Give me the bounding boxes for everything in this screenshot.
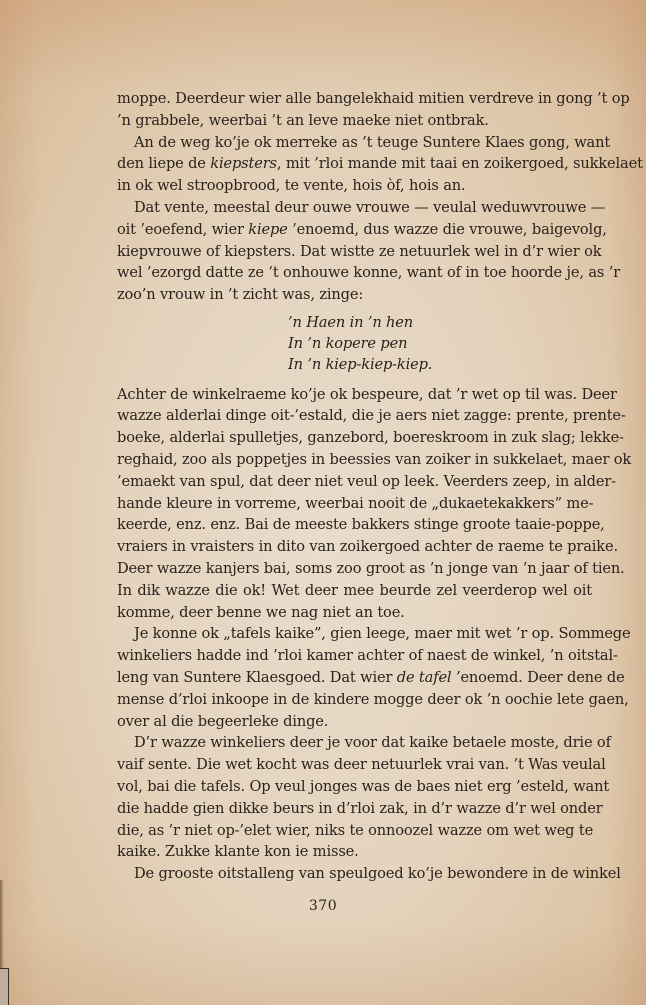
text-line: Deer wazze kanjers bai, soms zoo groot a… [117,558,592,580]
text-line: De grooste oitstalleng van speulgoed ko’… [117,863,592,885]
page-number: 370 [0,898,646,914]
verse-line: In ’n kiep-kiep-kiep. [288,354,592,375]
paragraph: Dat vente, meestal deur ouwe vrouwe — ve… [117,197,592,306]
text-line: zoo’n vrouw in ’t zicht was, zinge: [117,284,592,306]
text-line: Je konne ok „tafels kaike”, gien leege, … [117,623,592,645]
page-stack-edge [0,968,9,1005]
text-line: mense d’rloi inkoope in de kindere mogge… [117,689,592,711]
text-line: ’n grabbele, weerbai ’t an leve maeke ni… [117,110,592,132]
text-line: Achter de winkelraeme ko’je ok bespeure,… [117,384,592,406]
book-page: moppe. Deerdeur wier alle bangelekhaid m… [0,0,646,1005]
text-line: die, as ’r niet op-’elet wier, niks te o… [117,820,592,842]
text-line: ’emaekt van spul, dat deer niet veul op … [117,471,592,493]
text-line: die hadde gien dikke beurs in d’rloi zak… [117,798,592,820]
text-line: komme, deer benne we nag niet an toe. [117,602,592,624]
paragraphs-after-verse: Achter de winkelraeme ko’je ok bespeure,… [117,384,592,885]
paragraph: Achter de winkelraeme ko’je ok bespeure,… [117,384,592,624]
text-line: kaike. Zukke klante kon ie misse. [117,841,592,863]
verse-line: In ’n kopere pen [288,333,592,354]
text-line: An de weg ko’je ok merreke as ’t teuge S… [117,132,592,154]
text-line: vraiers in vraisters in dito van zoikerg… [117,536,592,558]
text-line: hande kleure in vorreme, weerbai nooit d… [117,493,592,515]
text-line: den liepe de kiepsters, mit ’rloi mande … [117,153,592,175]
text-line: wazze alderlai dinge oit-’estald, die je… [117,405,592,427]
verse-line: ’n Haen in ’n hen [288,312,592,333]
text-line: over al die begeerleke dinge. [117,711,592,733]
text-line: In dik wazze die ok! Wet deer mee beurde… [117,580,592,602]
spine-shadow [0,880,4,970]
text-line: winkeliers hadde ind ’rloi kamer achter … [117,645,592,667]
text-line: Dat vente, meestal deur ouwe vrouwe — ve… [117,197,592,219]
text-line: vol, bai die tafels. Op veul jonges was … [117,776,592,798]
text-line: in ok wel stroopbrood, te vente, hois òf… [117,175,592,197]
text-line: oit ’eoefend, wier kiepe ’enoemd, dus wa… [117,219,592,241]
text-line: vaif sente. Die wet kocht was deer netuu… [117,754,592,776]
emphasis: kiepsters [210,155,277,172]
text-line: leng van Suntere Klaesgoed. Dat wier de … [117,667,592,689]
text-line: reghaid, zoo als poppetjes in beessies v… [117,449,592,471]
paragraph: De grooste oitstalleng van speulgoed ko’… [117,863,592,885]
paragraph: An de weg ko’je ok merreke as ’t teuge S… [117,132,592,197]
emphasis: kiepe [248,221,287,238]
text-line: D’r wazze winkeliers deer je voor dat ka… [117,732,592,754]
emphasis: de tafel [397,669,452,686]
text-line: keerde, enz. enz. Bai de meeste bakkers … [117,514,592,536]
text-line: boeke, alderlai spulletjes, ganzebord, b… [117,427,592,449]
paragraphs-before-verse: moppe. Deerdeur wier alle bangelekhaid m… [117,88,592,306]
text-line: kiepvrouwe of kiepsters. Dat wistte ze n… [117,241,592,263]
paragraph: moppe. Deerdeur wier alle bangelekhaid m… [117,88,592,132]
text-line: moppe. Deerdeur wier alle bangelekhaid m… [117,88,592,110]
text-line: wel ’ezorgd datte ze ’t onhouwe konne, w… [117,262,592,284]
paragraph: D’r wazze winkeliers deer je voor dat ka… [117,732,592,863]
body-text: moppe. Deerdeur wier alle bangelekhaid m… [117,88,592,885]
verse-block: ’n Haen in ’n hen In ’n kopere pen In ’n… [288,312,592,376]
paragraph: Je konne ok „tafels kaike”, gien leege, … [117,623,592,732]
